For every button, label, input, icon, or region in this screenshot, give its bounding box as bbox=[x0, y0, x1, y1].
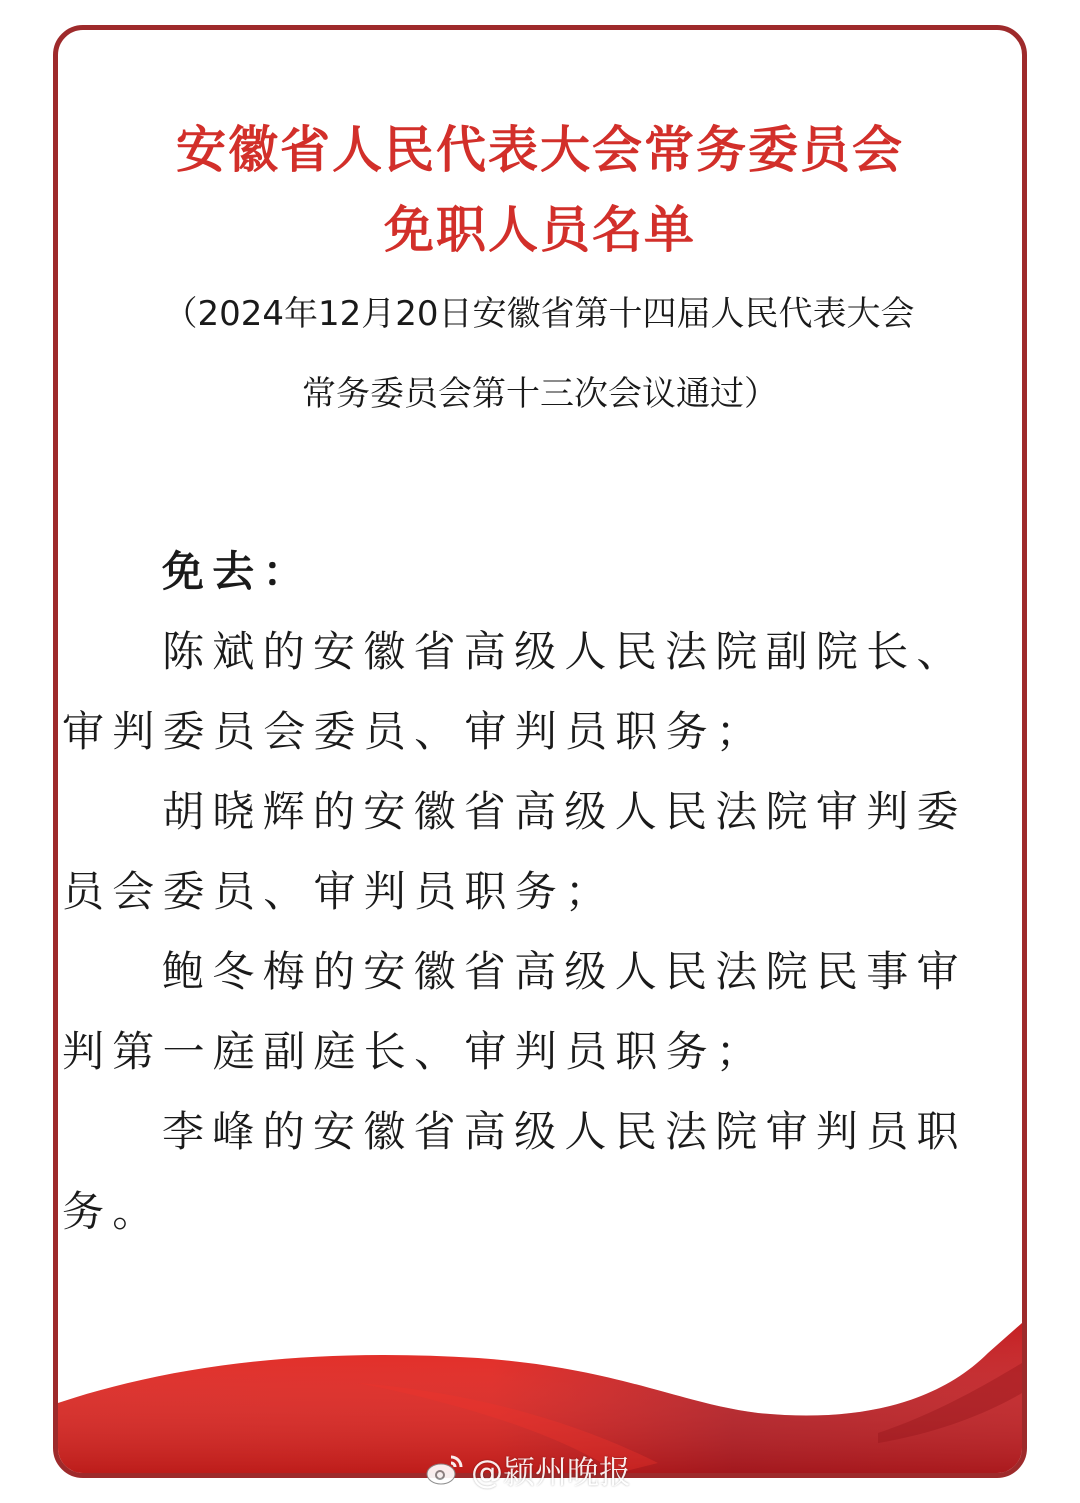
watermark-text: @颍州晚报 bbox=[471, 1447, 631, 1493]
title-line-1: 安徽省人民代表大会常务委员会 bbox=[58, 120, 1022, 180]
section-heading: 免去： bbox=[62, 532, 1017, 612]
removal-item: 胡晓辉的安徽省高级人民法院审判委员会委员、审判员职务； bbox=[62, 772, 1017, 932]
subtitle-line-2: 常务委员会第十三次会议通过） bbox=[58, 372, 1022, 416]
removal-item: 陈斌的安徽省高级人民法院副院长、审判委员会委员、审判员职务； bbox=[62, 612, 1017, 772]
document-frame: 安徽省人民代表大会常务委员会 免职人员名单 （2024年12月20日安徽省第十四… bbox=[53, 25, 1027, 1478]
weibo-icon bbox=[425, 1453, 465, 1487]
subtitle-line-1: （2024年12月20日安徽省第十四届人民代表大会 bbox=[57, 292, 1021, 336]
weibo-watermark: @颍州晚报 bbox=[425, 1450, 631, 1490]
removal-item: 鲍冬梅的安徽省高级人民法院民事审判第一庭副庭长、审判员职务； bbox=[62, 932, 1017, 1092]
title-line-2: 免职人员名单 bbox=[58, 200, 1022, 260]
removal-item: 李峰的安徽省高级人民法院审判员职务。 bbox=[62, 1092, 1017, 1252]
document-body: 免去： 陈斌的安徽省高级人民法院副院长、审判委员会委员、审判员职务； 胡晓辉的安… bbox=[62, 532, 1017, 1252]
